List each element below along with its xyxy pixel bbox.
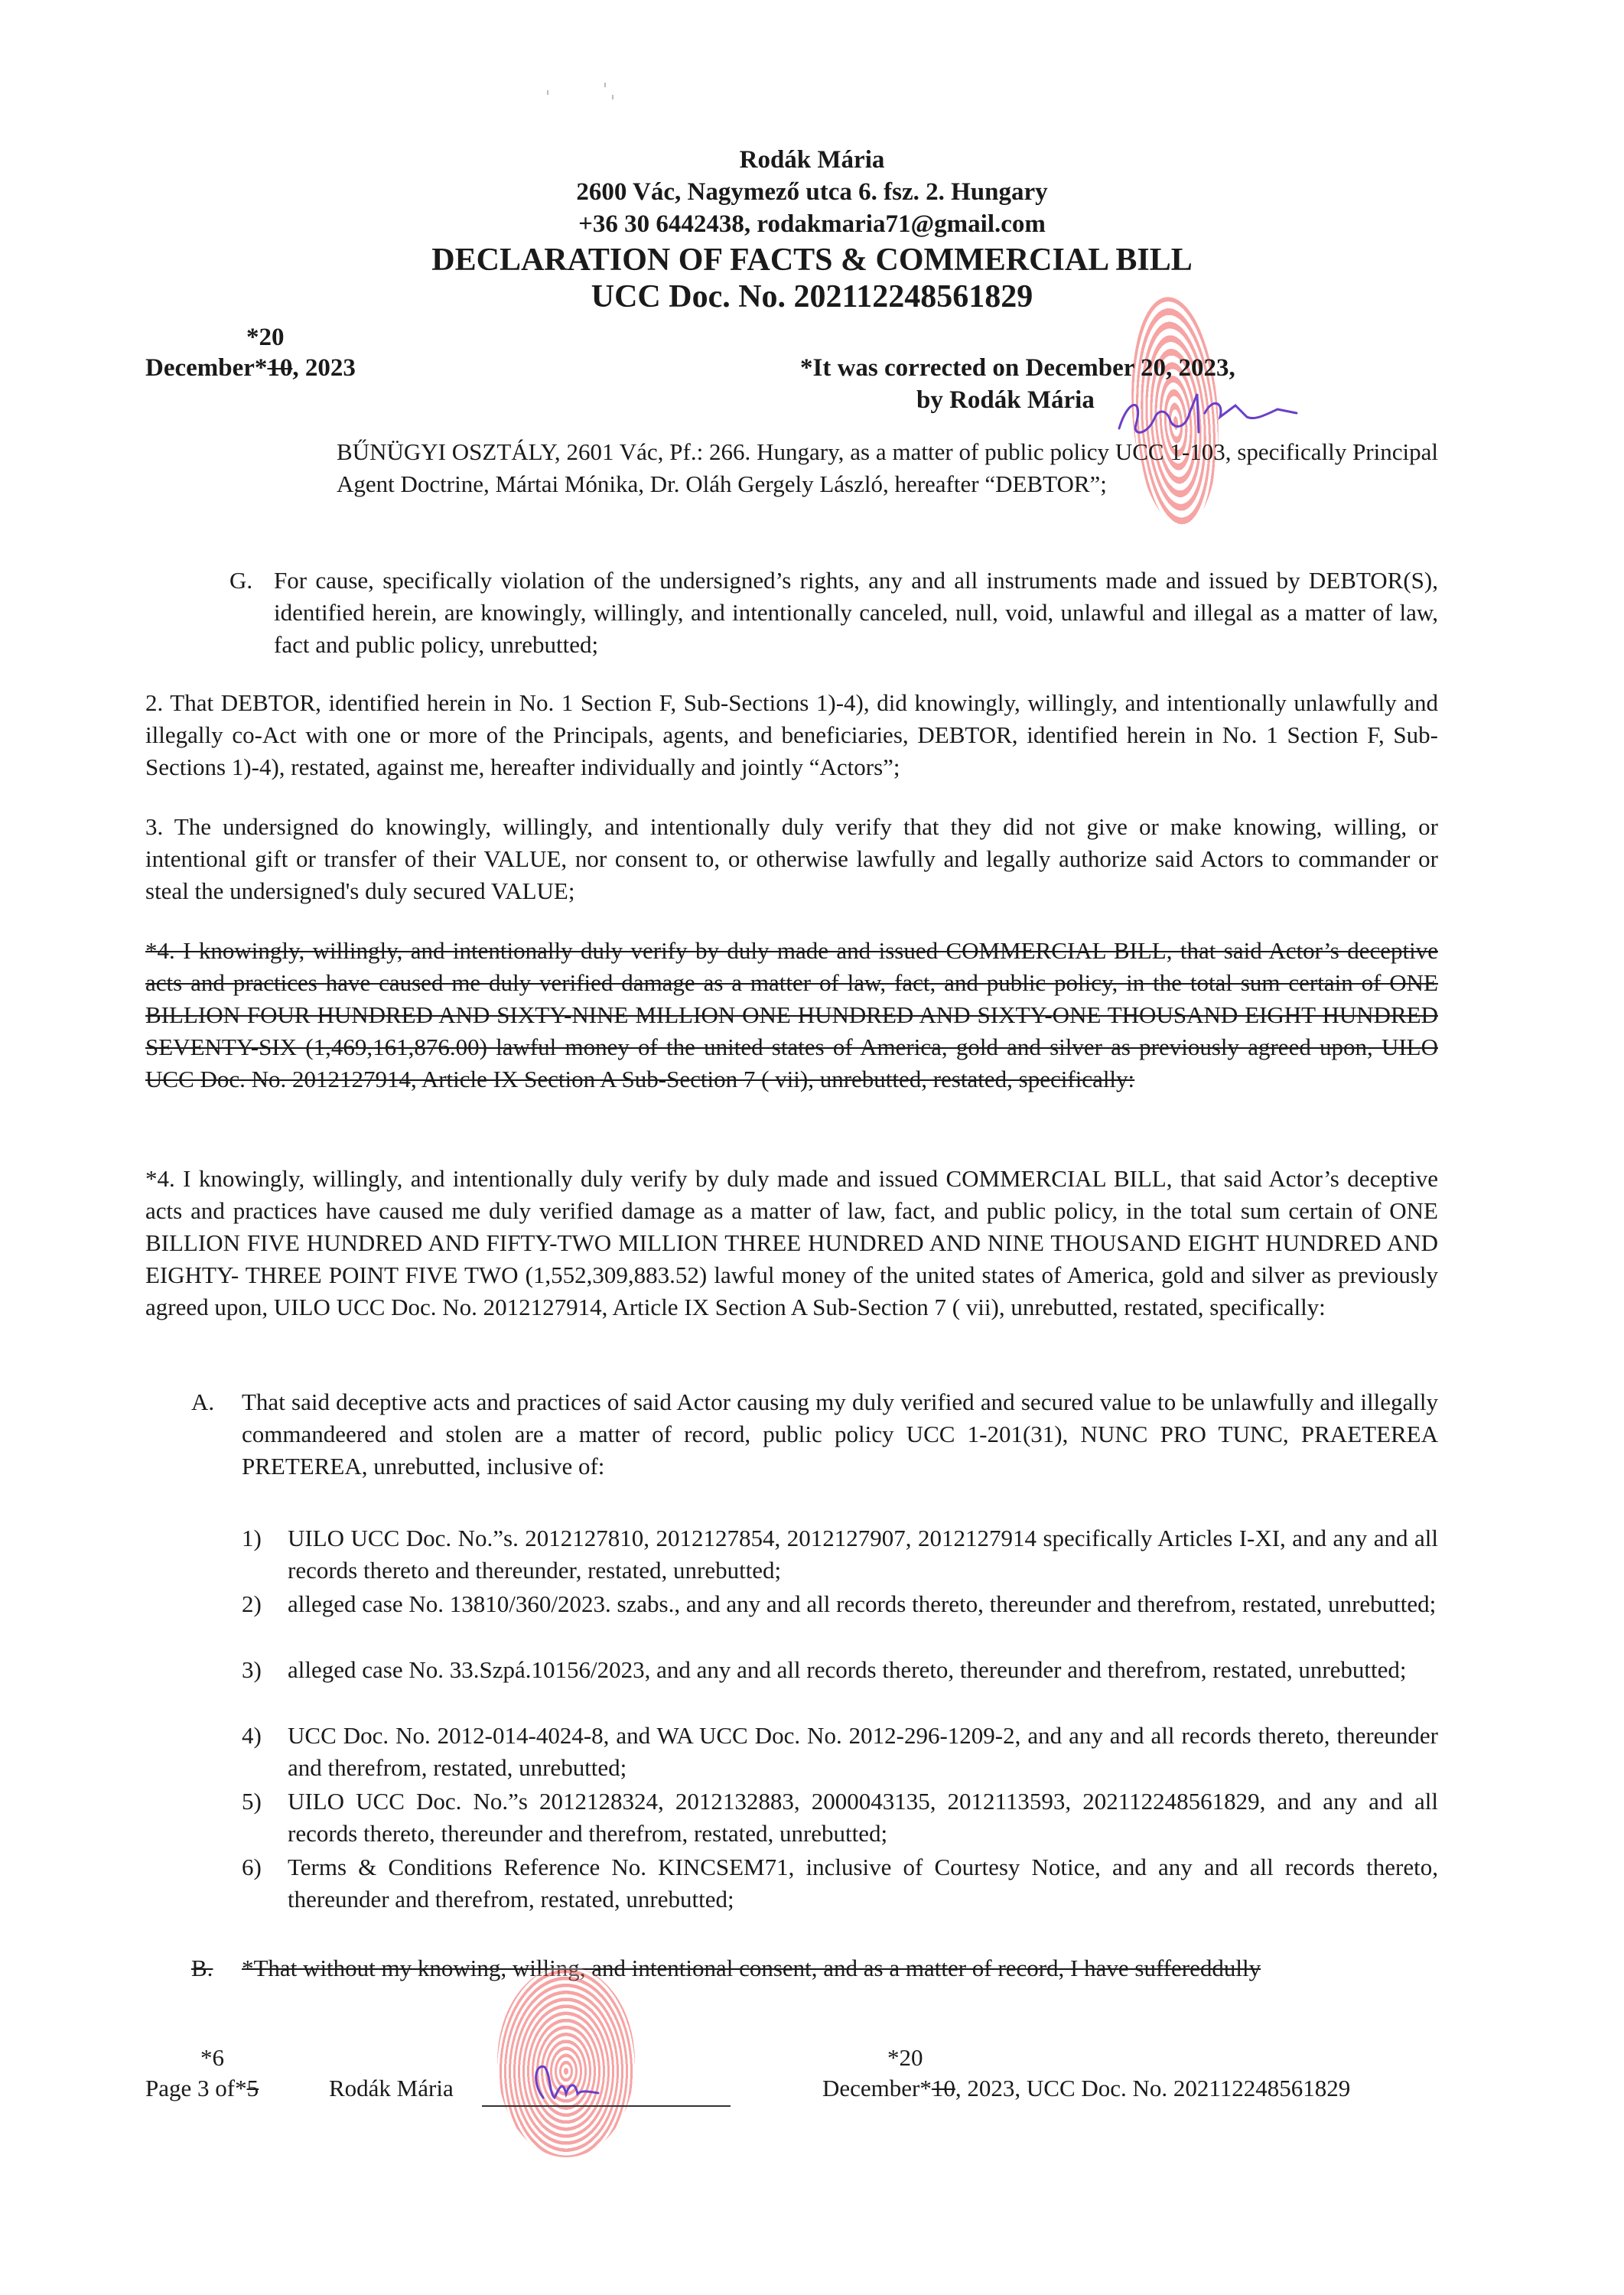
list-item: 3) alleged case No. 33.Szpá.10156/2023, … [242, 1654, 1438, 1686]
paragraph-4-corrected: *4. I knowingly, willingly, and intentio… [145, 1163, 1438, 1323]
correction-note-line2: by Rodák Mária [916, 384, 1095, 416]
section-b-struck: B. *That without my knowing, willing, an… [191, 1952, 1438, 1984]
section-g: G. For cause, specifically violation of … [229, 565, 1438, 661]
list-item: 1) UILO UCC Doc. No.”s. 2012127810, 2012… [242, 1522, 1438, 1587]
debtor-paragraph: BŰNÜGYI OSZTÁLY, 2601 Vác, Pf.: 266. Hun… [337, 436, 1438, 500]
paragraph-2: 2. That DEBTOR, identified herein in No.… [145, 687, 1438, 783]
section-b-text: *That without my knowing, willing, and i… [242, 1952, 1438, 1984]
footer-date-and-ucc: December*10, 2023, UCC Doc. No. 20211224… [822, 2075, 1350, 2102]
document-ucc-number: UCC Doc. No. 202112248561829 [0, 278, 1624, 315]
section-a: A. That said deceptive acts and practice… [191, 1386, 1438, 1483]
sender-address: 2600 Vác, Nagymező utca 6. fsz. 2. Hunga… [0, 176, 1624, 208]
signature-line [482, 2105, 731, 2107]
footer-date-struck: 10 [932, 2075, 955, 2101]
list-item: 4) UCC Doc. No. 2012-014-4024-8, and WA … [242, 1720, 1438, 1784]
page-prefix: Page 3 of* [145, 2075, 247, 2101]
list-item-text: Terms & Conditions Reference No. KINCSEM… [288, 1851, 1438, 1916]
list-item-text: alleged case No. 13810/360/2023. szabs.,… [288, 1588, 1438, 1620]
document-date: December*10, 2023 [145, 352, 356, 384]
date-correction: *20 [246, 321, 285, 353]
section-b-label: B. [191, 1952, 213, 1984]
list-item-text: UILO UCC Doc. No.”s 2012128324, 20121328… [288, 1786, 1438, 1850]
list-item-number: 4) [242, 1720, 262, 1752]
list-item-number: 1) [242, 1522, 262, 1554]
list-item-number: 3) [242, 1654, 262, 1686]
scan-speck [612, 95, 613, 99]
date-struck-value: 10 [267, 354, 292, 382]
list-item-number: 6) [242, 1851, 262, 1883]
scan-speck [547, 90, 548, 95]
section-g-label: G. [229, 565, 252, 597]
list-item: 5) UILO UCC Doc. No.”s 2012128324, 20121… [242, 1786, 1438, 1850]
footer-date-prefix: December* [822, 2075, 932, 2101]
list-item: 6) Terms & Conditions Reference No. KINC… [242, 1851, 1438, 1916]
footer-page-number: Page 3 of*5 [145, 2075, 259, 2102]
date-prefix: December* [145, 354, 267, 382]
list-item-text: UCC Doc. No. 2012-014-4024-8, and WA UCC… [288, 1720, 1438, 1784]
list-item-number: 2) [242, 1588, 262, 1620]
sender-contact: +36 30 6442438, rodakmaria71@gmail.com [0, 208, 1624, 240]
document-title: DECLARATION OF FACTS & COMMERCIAL BILL [0, 242, 1624, 278]
section-g-text: For cause, specifically violation of the… [274, 565, 1438, 661]
document-page: Rodák Mária 2600 Vác, Nagymező utca 6. f… [0, 0, 1624, 2295]
correction-note-line1: *It was corrected on December 20, 2023, [800, 352, 1235, 384]
sender-name: Rodák Mária [0, 144, 1624, 176]
list-item-text: UILO UCC Doc. No.”s. 2012127810, 2012127… [288, 1522, 1438, 1587]
footer-date-suffix: , 2023, UCC Doc. No. 202112248561829 [955, 2075, 1350, 2101]
list-item-text: alleged case No. 33.Szpá.10156/2023, and… [288, 1654, 1438, 1686]
section-a-label: A. [191, 1386, 214, 1418]
paragraph-4-struck: *4. I knowingly, willingly, and intentio… [145, 935, 1438, 1095]
list-item: 2) alleged case No. 13810/360/2023. szab… [242, 1588, 1438, 1620]
footer-date-correction: *20 [887, 2044, 923, 2072]
signature-scribble-top [1113, 382, 1312, 444]
page-struck-value: 5 [247, 2075, 259, 2101]
scan-speck [604, 83, 606, 87]
signature-scribble-bottom [528, 2059, 604, 2105]
footer-signer-name: Rodák Mária [329, 2075, 454, 2102]
section-a-text: That said deceptive acts and practices o… [242, 1386, 1438, 1483]
paragraph-3: 3. The undersigned do knowingly, willing… [145, 811, 1438, 907]
list-item-number: 5) [242, 1786, 262, 1818]
date-suffix: , 2023 [292, 354, 356, 382]
footer-page-correction: *6 [200, 2044, 224, 2072]
